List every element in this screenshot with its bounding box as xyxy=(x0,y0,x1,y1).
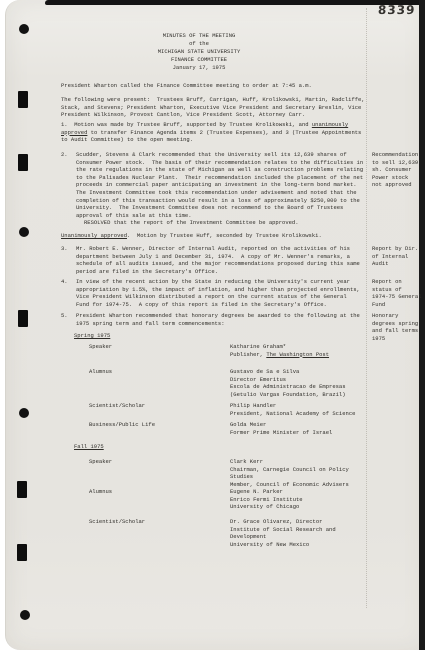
text-line: of Internal xyxy=(372,253,425,261)
text-line: President Wharton recommended that honor… xyxy=(76,312,373,320)
section-heading: Fall 1975 xyxy=(74,443,104,451)
text-line: Publisher, The Washington Post xyxy=(230,351,373,359)
text-line: Scudder, Stevens & Clark recommended tha… xyxy=(76,151,373,159)
text-line: approved to transfer Finance Agenda item… xyxy=(61,129,373,137)
text-line: not approved xyxy=(372,181,425,189)
document-title: MINUTES OF THE MEETINGof theMICHIGAN STA… xyxy=(61,32,337,72)
item-text: Scudder, Stevens & Clark recommended tha… xyxy=(76,151,373,219)
text-line: Clark Kerr xyxy=(230,458,373,466)
text-line: 1974-75 General xyxy=(372,293,425,301)
honoree-category-label: Alumnus xyxy=(89,368,112,376)
text-line: to the Palisades Nuclear Plant. Their re… xyxy=(76,174,373,182)
honoree-category-label: Business/Public Life xyxy=(89,421,155,429)
text-line: University. The Investment Committee doe… xyxy=(76,204,373,212)
text-line: Institute of Social Research and xyxy=(230,526,373,534)
text-line: Vice President Wilkinson distributed a r… xyxy=(76,293,373,301)
text-line: Consumer Power stock. The basis of their… xyxy=(76,159,373,167)
text-line: proceeds in commercial paper anticipatin… xyxy=(76,181,373,189)
text-line: appropriation by 1.5%, the impact of inf… xyxy=(76,286,373,294)
item-text: In view of the recent action by the Stat… xyxy=(76,278,373,308)
text-line: Report by Dir. xyxy=(372,245,425,253)
text-line: 1975 xyxy=(372,335,425,343)
margin-note: Report onstatus of1974-75 GeneralFund xyxy=(372,278,425,308)
text-line: January 17, 1975 xyxy=(61,64,337,72)
honoree-details: Katharine Graham*Publisher, The Washingt… xyxy=(230,343,373,358)
text-line: Studies xyxy=(230,473,373,481)
text-line: schedule of all audits issued, and the m… xyxy=(76,260,373,268)
text-line: 1. Motion was made by Trustee Bruff, sup… xyxy=(61,121,373,129)
honoree-details: Golda MeierFormer Prime Minister of Isra… xyxy=(230,421,373,436)
honoree-category-label: Alumnus xyxy=(89,488,112,496)
text-line: to Audit Committee) to the open meeting. xyxy=(61,136,373,144)
text-line: department between July 1 and December 3… xyxy=(76,253,373,261)
text-line: Report on xyxy=(372,278,425,286)
call-to-order-line: President Wharton called the Finance Com… xyxy=(61,82,312,90)
text-line: Director Emeritus xyxy=(230,376,373,384)
honoree-details: Clark KerrChairman, Carnegie Council on … xyxy=(230,458,373,488)
text-line: of the xyxy=(61,40,337,48)
item-number: 2. xyxy=(61,151,68,159)
honoree-details: Philip HandlerPresident, National Academ… xyxy=(230,402,373,417)
text-line: status of xyxy=(372,286,425,294)
text-line: Unanimously approved. Motion by Trustee … xyxy=(61,232,322,240)
text-line: Enrico Fermi Institute xyxy=(230,496,373,504)
margin-note: Recommendationto sell 12,639sh. Consumer… xyxy=(372,151,425,189)
text-line: Eugene N. Parker xyxy=(230,488,373,496)
text-line: 1975 spring term and fall term commencem… xyxy=(76,320,373,328)
text-line: Golda Meier xyxy=(230,421,373,429)
honoree-category-label: Scientist/Scholar xyxy=(89,402,145,410)
text-line: Audit xyxy=(372,260,425,268)
item-text: Mr. Robert E. Wenner, Director of Intern… xyxy=(76,245,373,275)
text-line: MINUTES OF THE MEETING xyxy=(61,32,337,40)
text-line: (Getulio Vargas Foundation, Brazil) xyxy=(230,391,373,399)
honoree-details: Gustavo de Sa e SilvaDirector EmeritusEs… xyxy=(230,368,373,398)
item-text: President Wharton recommended that honor… xyxy=(76,312,373,327)
agenda-item-5: 5.President Wharton recommended that hon… xyxy=(61,312,373,327)
text-line: degrees spring xyxy=(372,320,425,328)
text-line: President, National Academy of Science xyxy=(230,410,373,418)
text-line: and fall terms xyxy=(372,327,425,335)
text-line: Fund xyxy=(372,301,425,309)
item-number: 4. xyxy=(61,278,68,286)
agenda-item-3: 3.Mr. Robert E. Wenner, Director of Inte… xyxy=(61,245,373,275)
honoree-category-label: Speaker xyxy=(89,343,112,351)
text-line: Power stock xyxy=(372,174,425,182)
text-line: FINANCE COMMITTEE xyxy=(61,56,337,64)
agenda-item-1: 1. Motion was made by Trustee Bruff, sup… xyxy=(61,121,373,144)
text-line: period are filed in the Secretary's Offi… xyxy=(76,268,373,276)
honoree-details: Eugene N. ParkerEnrico Fermi InstituteUn… xyxy=(230,488,373,511)
text-line: the rate regulations in the state of Mic… xyxy=(76,166,373,174)
text-line: to sell 12,639 xyxy=(372,159,425,167)
text-line: Chairman, Carnegie Council on Policy xyxy=(230,466,373,474)
document-page: 8339 MINUTES OF THE MEETINGof theMICHIGA… xyxy=(5,0,425,650)
item-number: 5. xyxy=(61,312,68,320)
text-line: MICHIGAN STATE UNIVERSITY xyxy=(61,48,337,56)
text-line: Philip Handler xyxy=(230,402,373,410)
honoree-category-label: Speaker xyxy=(89,458,112,466)
text-line: Stack, and Stevens; President Wharton, E… xyxy=(61,104,365,112)
text-line: President Wilkinson, Provost Cantlon, Vi… xyxy=(61,111,365,119)
text-line: Katharine Graham* xyxy=(230,343,373,351)
document-body: MINUTES OF THE MEETINGof theMICHIGAN STA… xyxy=(6,0,425,650)
honoree-category-label: Scientist/Scholar xyxy=(89,518,145,526)
attendance-paragraph: The following were present: Trustees Bru… xyxy=(61,96,365,119)
text-line: Fund for 1974-75. A copy of this report … xyxy=(76,301,373,309)
text-line: completion of this transaction would res… xyxy=(76,197,373,205)
margin-note: Report by Dir.of InternalAudit xyxy=(372,245,425,268)
text-line: Escola de Administracao de Empresas xyxy=(230,383,373,391)
agenda-item-2: 2.Scudder, Stevens & Clark recommended t… xyxy=(61,151,373,219)
honoree-details: Dr. Grace Olivarez, DirectorInstitute of… xyxy=(230,518,373,548)
text-line: Dr. Grace Olivarez, Director xyxy=(230,518,373,526)
text-line: sh. Consumer xyxy=(372,166,425,174)
text-line: Former Prime Minister of Israel xyxy=(230,429,373,437)
text-line: University of Chicago xyxy=(230,503,373,511)
text-line: Mr. Robert E. Wenner, Director of Intern… xyxy=(76,245,373,253)
section-heading: Spring 1975 xyxy=(74,332,110,340)
item-number: 3. xyxy=(61,245,68,253)
text-line: Recommendation xyxy=(372,151,425,159)
margin-note: Honorarydegrees springand fall terms1975 xyxy=(372,312,425,342)
text-line: Development xyxy=(230,533,373,541)
text-line: Gustavo de Sa e Silva xyxy=(230,368,373,376)
text-line: Honorary xyxy=(372,312,425,320)
text-line: In view of the recent action by the Stat… xyxy=(76,278,373,286)
unanimously-approved-line: Unanimously approved. Motion by Trustee … xyxy=(61,232,322,240)
text-line: The Investment Committee took this recom… xyxy=(76,189,373,197)
agenda-item-4: 4.In view of the recent action by the St… xyxy=(61,278,373,308)
text-line: University of New Mexico xyxy=(230,541,373,549)
text-line: The following were present: Trustees Bru… xyxy=(61,96,365,104)
resolved-line: RESOLVED that the report of the Investme… xyxy=(84,219,299,227)
